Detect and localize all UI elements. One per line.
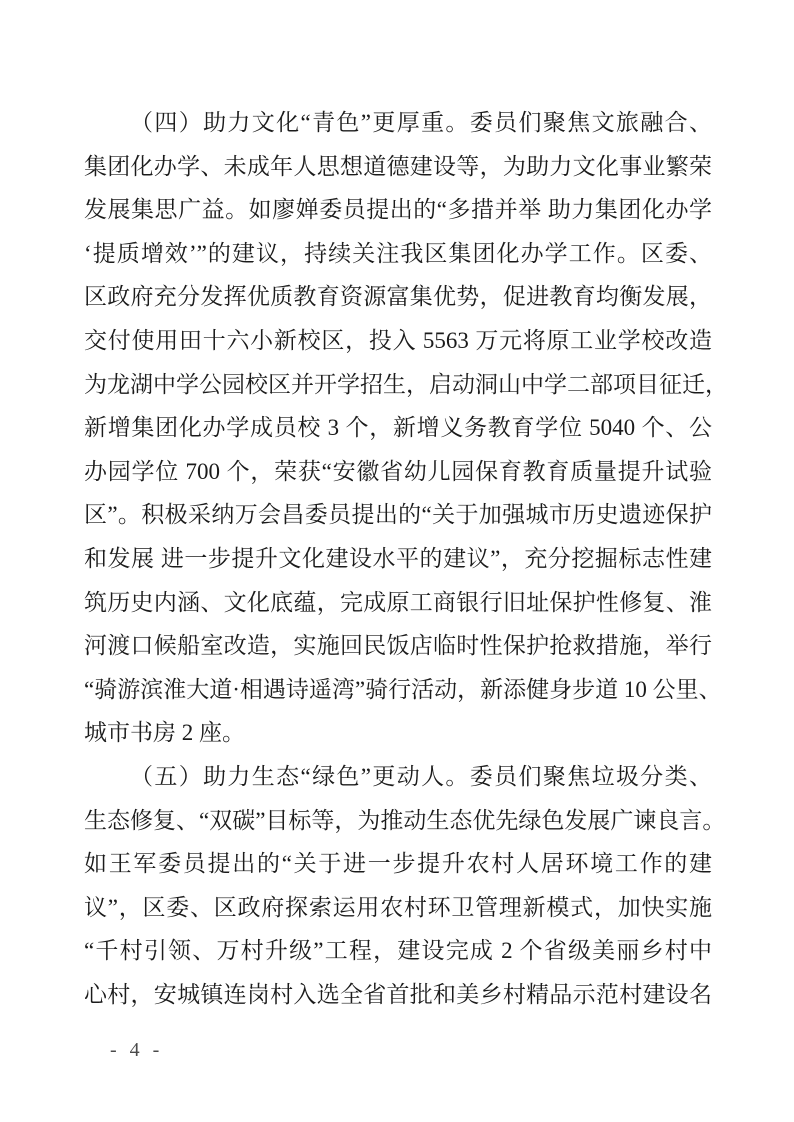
document-body: （四）助力文化“青色”更厚重。委员们聚焦文旅融合、集团化办学、未成年人思想道德建… bbox=[84, 101, 712, 1016]
text-line: 议”，区委、区政府探索运用农村环卫管理新模式，加快实施 bbox=[84, 886, 712, 930]
text-line: 和发展 进一步提升文化建设水平的建议”，充分挖掘标志性建 bbox=[84, 537, 712, 581]
text-line: 交付使用田十六小新校区，投入 5563 万元将原工业学校改造 bbox=[84, 319, 712, 363]
text-line: 心村，安城镇连岗村入选全省首批和美乡村精品示范村建设名 bbox=[84, 973, 712, 1017]
text-line: 生态修复、“双碳”目标等，为推动生态优先绿色发展广谏良言。 bbox=[84, 799, 712, 843]
text-line: 如王军委员提出的“关于进一步提升农村人居环境工作的建 bbox=[84, 842, 712, 886]
text-line: （五）助力生态“绿色”更动人。委员们聚焦垃圾分类、 bbox=[84, 755, 712, 799]
text-line: 区政府充分发挥优质教育资源富集优势，促进教育均衡发展， bbox=[84, 275, 712, 319]
page-number: - 4 - bbox=[110, 1039, 163, 1061]
paragraph-section-4: （四）助力文化“青色”更厚重。委员们聚焦文旅融合、集团化办学、未成年人思想道德建… bbox=[84, 101, 712, 755]
text-line: 集团化办学、未成年人思想道德建设等，为助力文化事业繁荣 bbox=[84, 145, 712, 189]
document-page: （四）助力文化“青色”更厚重。委员们聚焦文旅融合、集团化办学、未成年人思想道德建… bbox=[0, 0, 794, 1122]
text-line: “千村引领、万村升级”工程，建设完成 2 个省级美丽乡村中 bbox=[84, 929, 712, 973]
text-line: 城市书房 2 座。 bbox=[84, 711, 712, 755]
text-line: 区”。积极采纳万会昌委员提出的“关于加强城市历史遗迹保护 bbox=[84, 493, 712, 537]
text-line: ‘提质增效’”的建议，持续关注我区集团化办学工作。区委、 bbox=[84, 232, 712, 276]
text-line: “骑游滨淮大道·相遇诗遥湾”骑行活动，新添健身步道 10 公里、 bbox=[84, 668, 712, 712]
text-line: 筑历史内涵、文化底蕴，完成原工商银行旧址保护性修复、淮 bbox=[84, 581, 712, 625]
paragraph-section-5: （五）助力生态“绿色”更动人。委员们聚焦垃圾分类、生态修复、“双碳”目标等，为推… bbox=[84, 755, 712, 1017]
text-line: 新增集团化办学成员校 3 个，新增义务教育学位 5040 个、公 bbox=[84, 406, 712, 450]
page-footer: - 4 - bbox=[110, 1035, 163, 1065]
text-line: （四）助力文化“青色”更厚重。委员们聚焦文旅融合、 bbox=[84, 101, 712, 145]
text-line: 办园学位 700 个，荣获“安徽省幼儿园保育教育质量提升试验 bbox=[84, 450, 712, 494]
text-line: 发展集思广益。如廖婵委员提出的“多措并举 助力集团化办学 bbox=[84, 188, 712, 232]
text-line: 为龙湖中学公园校区并开学招生，启动洞山中学二部项目征迁， bbox=[84, 363, 712, 407]
text-line: 河渡口候船室改造，实施回民饭店临时性保护抢救措施，举行 bbox=[84, 624, 712, 668]
